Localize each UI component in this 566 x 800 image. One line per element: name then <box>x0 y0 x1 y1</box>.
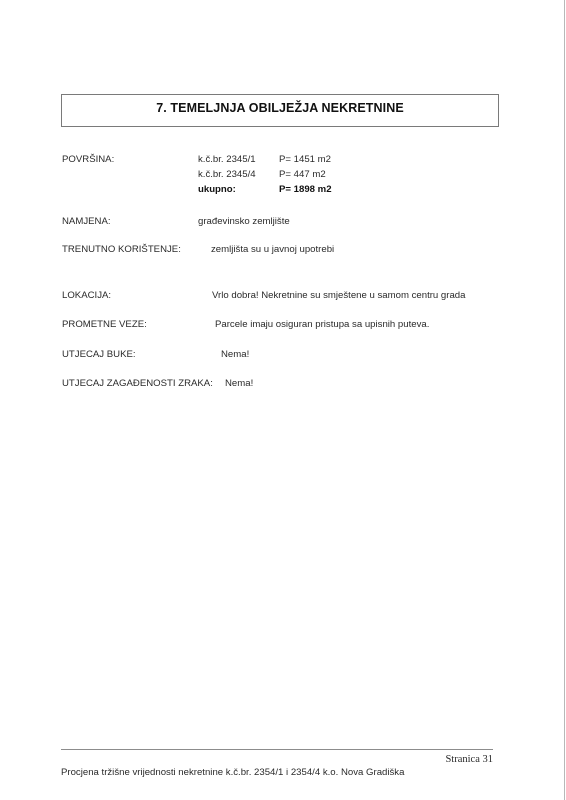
scan-edge-line <box>564 0 565 800</box>
label-utjecaj-buke: UTJECAJ BUKE: <box>62 349 136 360</box>
section-title-box: 7. TEMELJNJA OBILJEŽJA NEKRETNINE <box>61 94 499 127</box>
parcel-2-area: P= 447 m2 <box>279 169 326 180</box>
value-utjecaj-buke: Nema! <box>221 349 249 360</box>
total-area: P= 1898 m2 <box>279 184 332 195</box>
label-prometne-veze: PROMETNE VEZE: <box>62 319 147 330</box>
label-namjena: NAMJENA: <box>62 216 111 227</box>
page-number: Stranica 31 <box>445 754 493 765</box>
value-prometne-veze: Parcele imaju osiguran pristupa sa upisn… <box>215 319 429 330</box>
label-trenutno-koristenje: TRENUTNO KORIŠTENJE: <box>62 244 181 255</box>
parcel-2-id: k.č.br. 2345/4 <box>198 169 256 180</box>
value-utjecaj-zagadenosti: Nema! <box>225 378 253 389</box>
section-title: 7. TEMELJNJA OBILJEŽJA NEKRETNINE <box>62 101 498 115</box>
value-lokacija: Vrlo dobra! Nekretnine su smještene u sa… <box>212 290 465 301</box>
label-utjecaj-zagadenosti: UTJECAJ ZAGAĐENOSTI ZRAKA: <box>62 378 213 389</box>
label-lokacija: LOKACIJA: <box>62 290 111 301</box>
total-label: ukupno: <box>198 184 236 195</box>
value-namjena: građevinsko zemljište <box>198 216 290 227</box>
footer-document-title: Procjena tržišne vrijednosti nekretnine … <box>61 767 404 778</box>
parcel-1-id: k.č.br. 2345/1 <box>198 154 256 165</box>
document-page: 7. TEMELJNJA OBILJEŽJA NEKRETNINE POVRŠI… <box>0 0 566 800</box>
parcel-1-area: P= 1451 m2 <box>279 154 331 165</box>
value-trenutno-koristenje: zemljišta su u javnoj upotrebi <box>211 244 334 255</box>
footer-divider <box>61 749 493 750</box>
label-povrsina: POVRŠINA: <box>62 154 114 165</box>
